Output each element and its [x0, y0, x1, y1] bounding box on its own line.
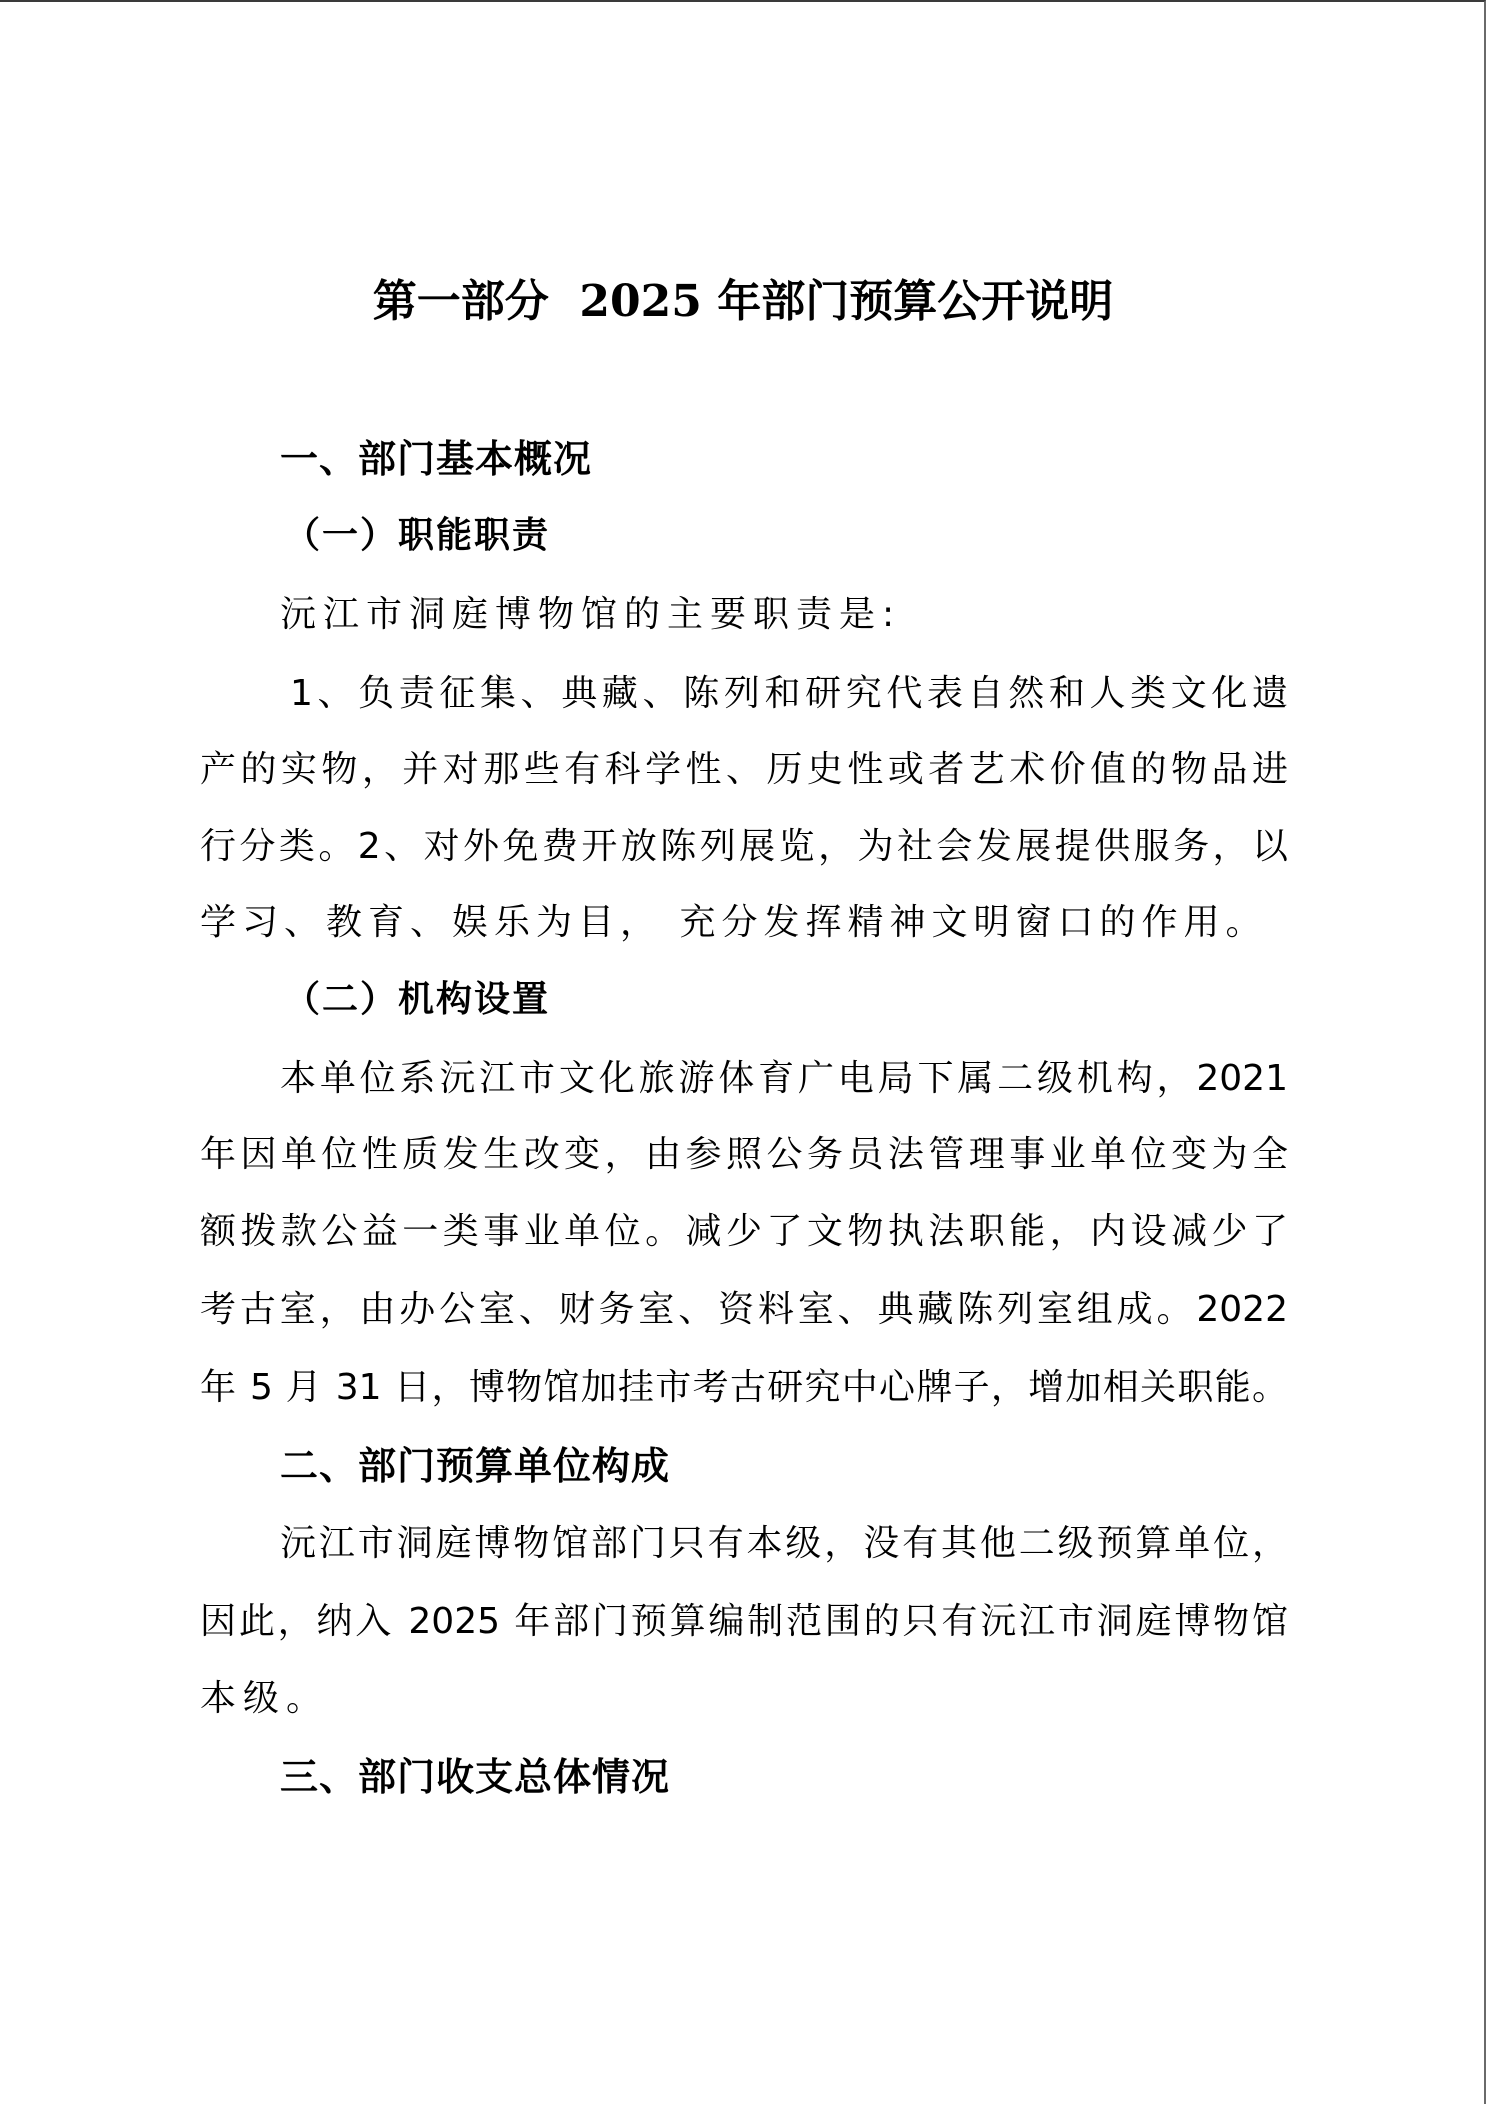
section-heading-budget-units: 二、部门预算单位构成 [280, 1438, 670, 1494]
paragraph-line: 行分类。2、对外免费开放陈列展览，为社会发展提供服务，以 [200, 819, 1288, 875]
paragraph-line: 年因单位性质发生改变，由参照公务员法管理事业单位变为全 [200, 1127, 1288, 1183]
paragraph-line: 1、负责征集、典藏、陈列和研究代表自然和人类文化遗 [290, 666, 1288, 722]
section-heading-basic-overview: 一、部门基本概况 [280, 431, 592, 487]
paragraph-line: 考古室，由办公室、财务室、资料室、典藏陈列室组成。2022 [200, 1282, 1288, 1338]
subsection-heading-functions: （一）职能职责 [284, 508, 550, 564]
paragraph-line: 沅江市洞庭博物馆的主要职责是: [280, 587, 1288, 643]
paragraph-line: 产的实物，并对那些有科学性、历史性或者艺术价值的物品进 [200, 742, 1288, 798]
document-page: 第一部分 2025 年部门预算公开说明 一、部门基本概况 （一）职能职责 沅江市… [0, 0, 1486, 2104]
paragraph-line: 学习、教育、娱乐为目， 充分发挥精神文明窗口的作用。 [200, 895, 1288, 951]
paragraph-line: 本单位系沅江市文化旅游体育广电局下属二级机构，2021 [280, 1051, 1288, 1107]
paragraph-line: 额拨款公益一类事业单位。减少了文物执法职能，内设减少了 [200, 1204, 1288, 1260]
subsection-heading-organization: （二）机构设置 [284, 972, 550, 1028]
paragraph-line: 年 5 月 31 日，博物馆加挂市考古研究中心牌子，增加相关职能。 [200, 1360, 1288, 1416]
section-heading-revenue-expenditure: 三、部门收支总体情况 [280, 1749, 670, 1805]
paragraph-line: 沅江市洞庭博物馆部门只有本级，没有其他二级预算单位， [280, 1516, 1288, 1572]
paragraph-line: 本级。 [200, 1671, 1288, 1727]
paragraph-line: 因此，纳入 2025 年部门预算编制范围的只有沅江市洞庭博物馆 [200, 1594, 1288, 1650]
page-title: 第一部分 2025 年部门预算公开说明 [0, 274, 1486, 330]
